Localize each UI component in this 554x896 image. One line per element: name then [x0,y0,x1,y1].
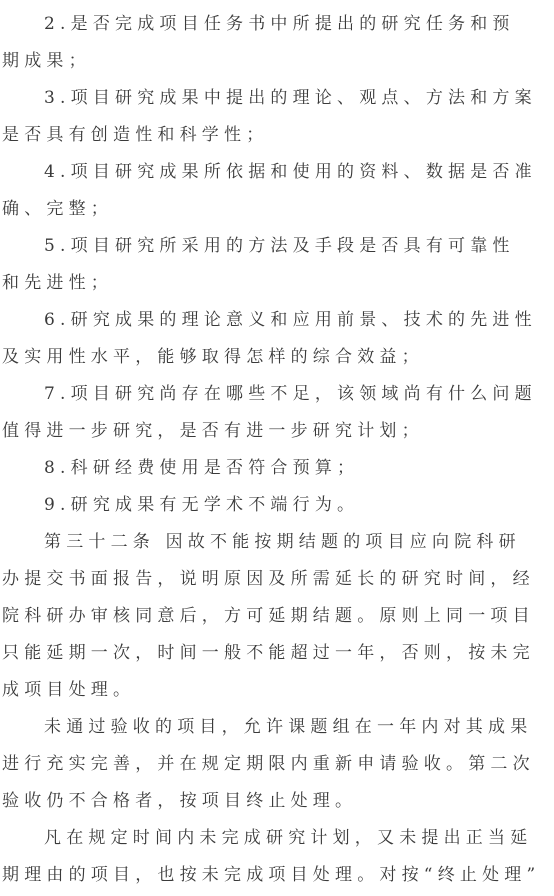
article-heading-line: 第三十二条 因故不能按期结题的项目应向院科研 [0,524,554,561]
document-page: 2.是否完成项目任务书中所提出的研究任务和预 期成果； 3.项目研究成果中提出的… [0,0,554,896]
text-line: 未通过验收的项目，允许课题组在一年内对其成果 [0,709,554,746]
text-line: 和先进性； [0,265,554,302]
text-line: 7.项目研究尚存在哪些不足，该领域尚有什么问题 [0,376,554,413]
text-line: 9.研究成果有无学术不端行为。 [0,487,554,524]
text-line: 8.科研经费使用是否符合预算； [0,450,554,487]
text-line: 4.项目研究成果所依据和使用的资料、数据是否准 [0,154,554,191]
text-line: 办提交书面报告，说明原因及所需延长的研究时间，经 [0,561,554,598]
text-line: 确、完整； [0,191,554,228]
text-line: 只能延期一次，时间一般不能超过一年，否则，按未完 [0,635,554,672]
text-line: 5.项目研究所采用的方法及手段是否具有可靠性 [0,228,554,265]
text-line: 是否具有创造性和科学性； [0,117,554,154]
text-line: 期理由的项目，也按未完成项目处理。对按“终止处理” [0,857,554,894]
text-line: 期成果； [0,43,554,80]
text-line: 凡在规定时间内未完成研究计划，又未提出正当延 [0,820,554,857]
text-line: 3.项目研究成果中提出的理论、观点、方法和方案 [0,80,554,117]
text-line: 2.是否完成项目任务书中所提出的研究任务和预 [0,6,554,43]
text-line: 6.研究成果的理论意义和应用前景、技术的先进性 [0,302,554,339]
text-line: 成项目处理。 [0,672,554,709]
text-line: 值得进一步研究，是否有进一步研究计划； [0,413,554,450]
text-line: 验收仍不合格者，按项目终止处理。 [0,783,554,820]
text-line: 进行充实完善，并在规定期限内重新申请验收。第二次 [0,746,554,783]
text-line: 及实用性水平，能够取得怎样的综合效益； [0,339,554,376]
text-line: 院科研办审核同意后，方可延期结题。原则上同一项目 [0,598,554,635]
